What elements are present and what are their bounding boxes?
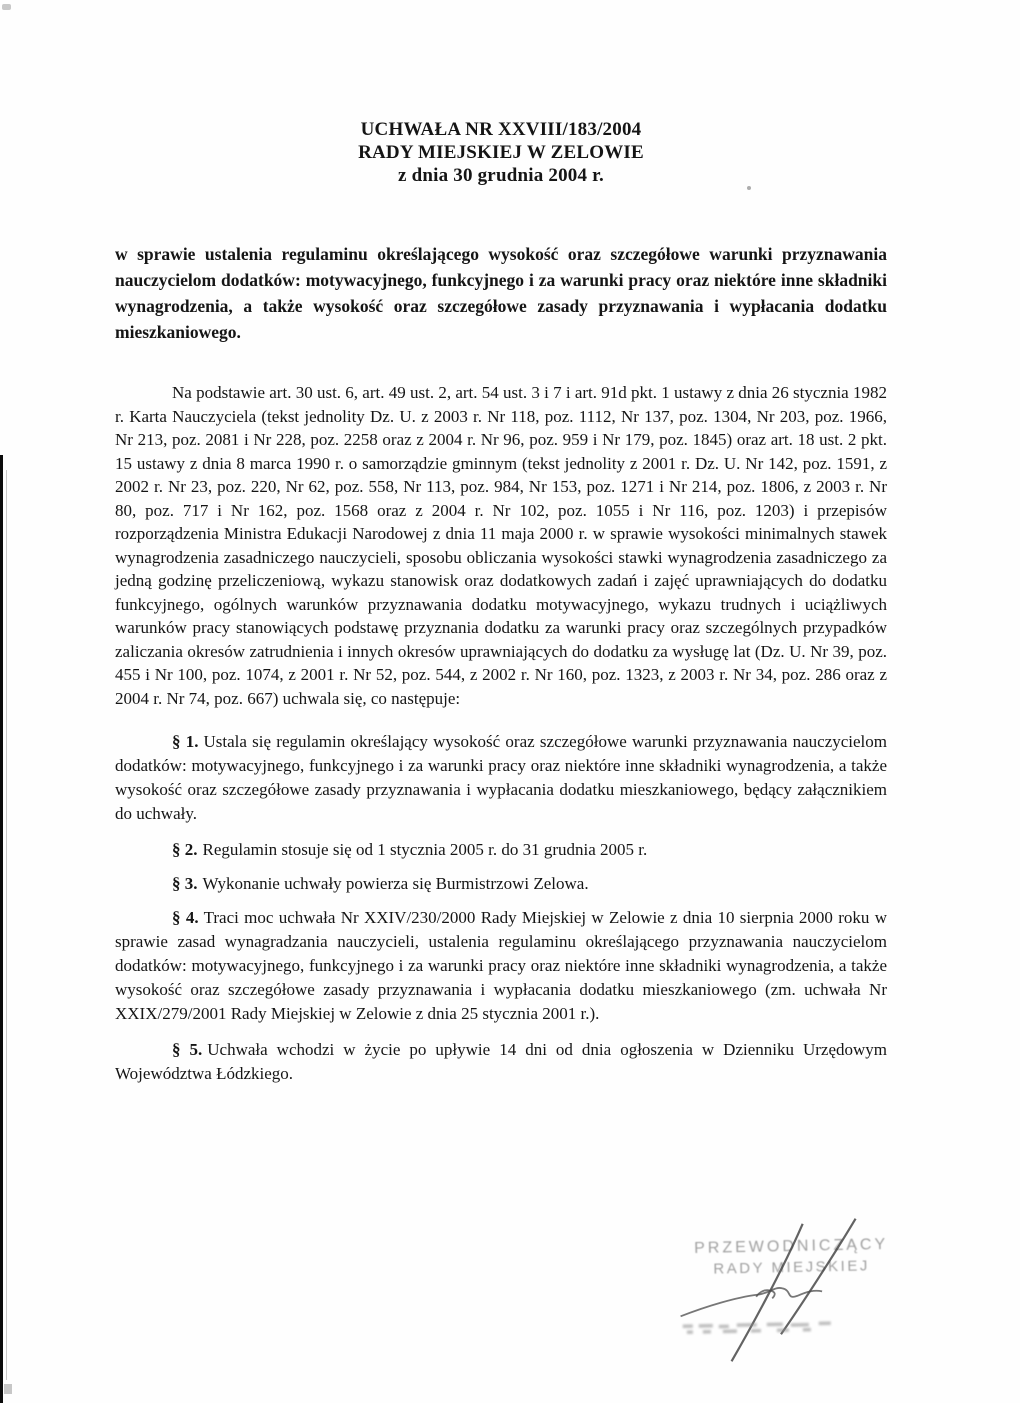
section-3-text: Wykonanie uchwały powierza się Burmistrz… bbox=[203, 874, 589, 893]
section-4-paragraph: § 4.Traci moc uchwała Nr XXIV/230/2000 R… bbox=[115, 906, 887, 1026]
section-1-paragraph: § 1.Ustala się regulamin określający wys… bbox=[115, 730, 887, 826]
scan-edge-strip-thin bbox=[6, 470, 7, 1380]
legal-basis-preamble: Na podstawie art. 30 ust. 6, art. 49 ust… bbox=[115, 381, 887, 710]
council-name: RADY MIEJSKIEJ W ZELOWIE bbox=[115, 141, 887, 164]
scan-edge-strip bbox=[0, 455, 3, 1403]
chairman-stamp: PRZEWODNICZĄCY RADY MIEJSKIEJ bbox=[650, 1209, 933, 1365]
subject-paragraph: w sprawie ustalenia regulaminu określają… bbox=[115, 241, 887, 345]
section-1-number: § 1. bbox=[172, 732, 199, 751]
section-4-text: Traci moc uchwała Nr XXIV/230/2000 Rady … bbox=[115, 908, 887, 1023]
section-2-number: § 2. bbox=[172, 840, 198, 859]
resolution-date: z dnia 30 grudnia 2004 r. bbox=[115, 164, 887, 187]
scan-speck-top-left bbox=[2, 4, 11, 10]
document-title-block: UCHWAŁA NR XXVIII/183/2004 RADY MIEJSKIE… bbox=[115, 118, 887, 187]
scanned-document-page: UCHWAŁA NR XXVIII/183/2004 RADY MIEJSKIE… bbox=[0, 0, 1020, 1403]
signature-icon bbox=[650, 1209, 933, 1365]
section-2-paragraph: § 2.Regulamin stosuje się od 1 stycznia … bbox=[115, 838, 887, 862]
section-1-text: Ustala się regulamin określający wysokoś… bbox=[115, 732, 887, 823]
document-content: UCHWAŁA NR XXVIII/183/2004 RADY MIEJSKIE… bbox=[115, 118, 887, 1098]
section-4-number: § 4. bbox=[172, 908, 199, 927]
section-3-number: § 3. bbox=[172, 874, 198, 893]
section-5-number: § 5. bbox=[172, 1040, 202, 1059]
section-5-paragraph: § 5.Uchwała wchodzi w życie po upływie 1… bbox=[115, 1038, 887, 1086]
section-3-paragraph: § 3.Wykonanie uchwały powierza się Burmi… bbox=[115, 872, 887, 896]
section-5-text: Uchwała wchodzi w życie po upływie 14 dn… bbox=[115, 1040, 887, 1083]
section-2-text: Regulamin stosuje się od 1 stycznia 2005… bbox=[203, 840, 648, 859]
resolution-number: UCHWAŁA NR XXVIII/183/2004 bbox=[115, 118, 887, 141]
scan-speck-bottom-left bbox=[4, 1384, 12, 1394]
